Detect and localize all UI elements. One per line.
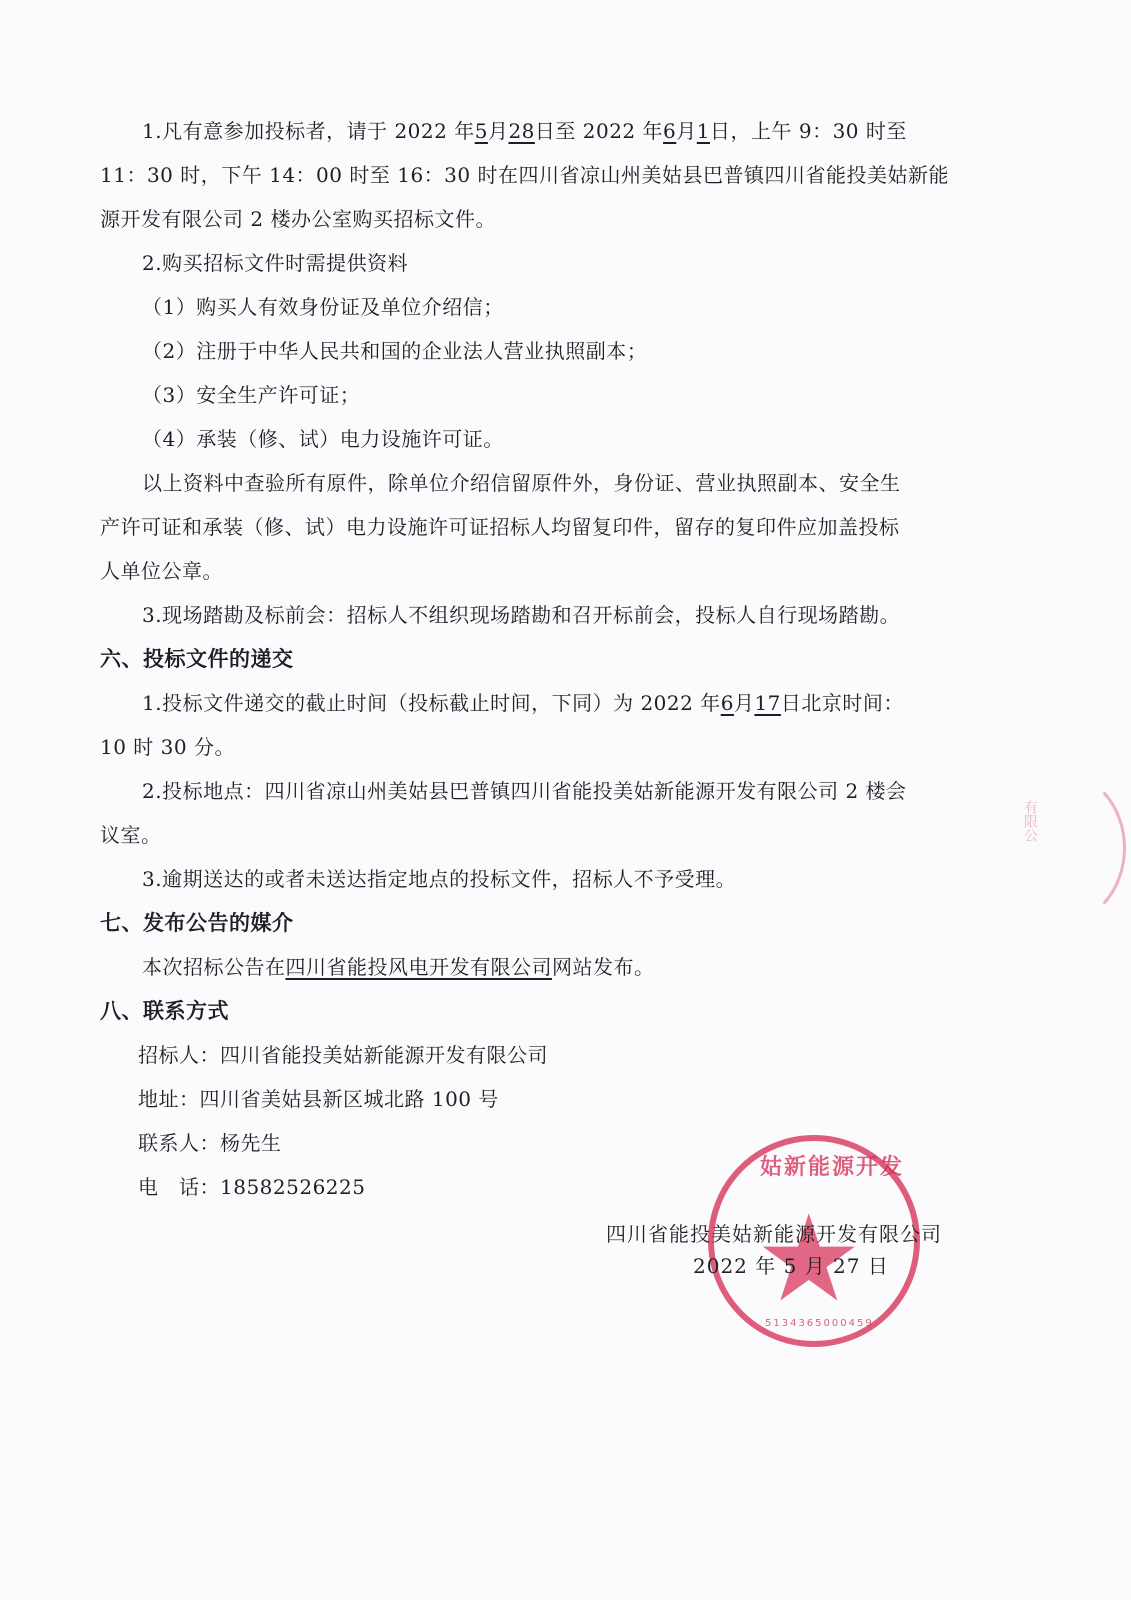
section7-heading: 七、发布公告的媒介 <box>100 910 294 936</box>
text: 日北京时间： <box>781 691 904 715</box>
text: 1.投标文件递交的截止时间（投标截止时间，下同）为 2022 年 <box>142 691 721 715</box>
item1-line1: 1.凡有意参加投标者，请于 2022 年5月28日至 2022 年6月1日，上午… <box>142 118 907 144</box>
item3: 3.现场踏勘及标前会：招标人不组织现场踏勘和召开标前会，投标人自行现场踏勘。 <box>142 602 900 628</box>
item2-note-line1: 以上资料中查验所有原件，除单位介绍信留原件外，身份证、营业执照副本、安全生 <box>142 470 901 496</box>
edge-seal <box>990 770 1126 926</box>
item1-line3: 源开发有限公司 2 楼办公室购买招标文件。 <box>100 206 496 232</box>
contact-phone: 电 话：18582526225 <box>138 1174 365 1200</box>
text: 月 <box>676 119 697 143</box>
text: 网站发布。 <box>552 955 655 979</box>
section6-p1-line1: 1.投标文件递交的截止时间（投标截止时间，下同）为 2022 年6月17日北京时… <box>142 690 904 716</box>
publisher-name: 四川省能投风电开发有限公司 <box>286 955 553 979</box>
text: 日至 2022 年 <box>535 119 663 143</box>
start-day: 28 <box>508 119 534 143</box>
item2-note-line2: 产许可证和承装（修、试）电力设施许可证招标人均留复印件，留存的复印件应加盖投标 <box>100 514 900 540</box>
item2-sub-4: （4）承装（修、试）电力设施许可证。 <box>142 426 504 452</box>
item2-note-line3: 人单位公章。 <box>100 558 223 584</box>
section7-paragraph: 本次招标公告在四川省能投风电开发有限公司网站发布。 <box>142 954 655 980</box>
end-day: 1 <box>697 119 710 143</box>
text: 月 <box>734 691 755 715</box>
item2-title: 2.购买招标文件时需提供资料 <box>142 250 408 276</box>
section6-p1-line2: 10 时 30 分。 <box>100 734 235 760</box>
item2-sub-3: （3）安全生产许可证； <box>142 382 360 408</box>
contact-address: 地址：四川省美姑县新区城北路 100 号 <box>138 1086 499 1112</box>
deadline-month: 6 <box>721 691 734 715</box>
text: 月 <box>488 119 509 143</box>
text: 本次招标公告在 <box>142 955 286 979</box>
signature-date: 2022 年 5 月 27 日 <box>693 1250 889 1279</box>
edge-seal-text: 有限公 <box>1020 800 1040 842</box>
deadline-day: 17 <box>754 691 780 715</box>
text: 1.凡有意参加投标者，请于 2022 年 <box>142 119 475 143</box>
phone-label: 电 话： <box>138 1175 220 1199</box>
item2-sub-2: （2）注册于中华人民共和国的企业法人营业执照副本； <box>142 338 647 364</box>
start-month: 5 <box>475 119 488 143</box>
signature-company: 四川省能投美姑新能源开发有限公司 <box>606 1218 942 1247</box>
section6-p2-line1: 2.投标地点：四川省凉山州美姑县巴普镇四川省能投美姑新能源开发有限公司 2 楼会 <box>142 778 907 804</box>
document-page: 1.凡有意参加投标者，请于 2022 年5月28日至 2022 年6月1日，上午… <box>0 0 1131 1600</box>
seal-number: 5134365000459 <box>765 1318 874 1329</box>
phone-number: 18582526225 <box>220 1175 365 1199</box>
section6-p2-line2: 议室。 <box>100 822 162 848</box>
section8-heading: 八、联系方式 <box>100 998 229 1024</box>
section6-p3: 3.逾期送达的或者未送达指定地点的投标文件，招标人不予受理。 <box>142 866 736 892</box>
item2-sub-1: （1）购买人有效身份证及单位介绍信； <box>142 294 504 320</box>
end-month: 6 <box>663 119 676 143</box>
contact-person: 联系人：杨先生 <box>138 1130 282 1156</box>
seal-text: 姑新能源开发 <box>760 1150 904 1181</box>
item1-line2: 11：30 时，下午 14：00 时至 16：30 时在四川省凉山州美姑县巴普镇… <box>100 162 949 188</box>
contact-tenderer: 招标人：四川省能投美姑新能源开发有限公司 <box>138 1042 548 1068</box>
section6-heading: 六、投标文件的递交 <box>100 646 294 672</box>
text: 日，上午 9：30 时至 <box>710 119 907 143</box>
